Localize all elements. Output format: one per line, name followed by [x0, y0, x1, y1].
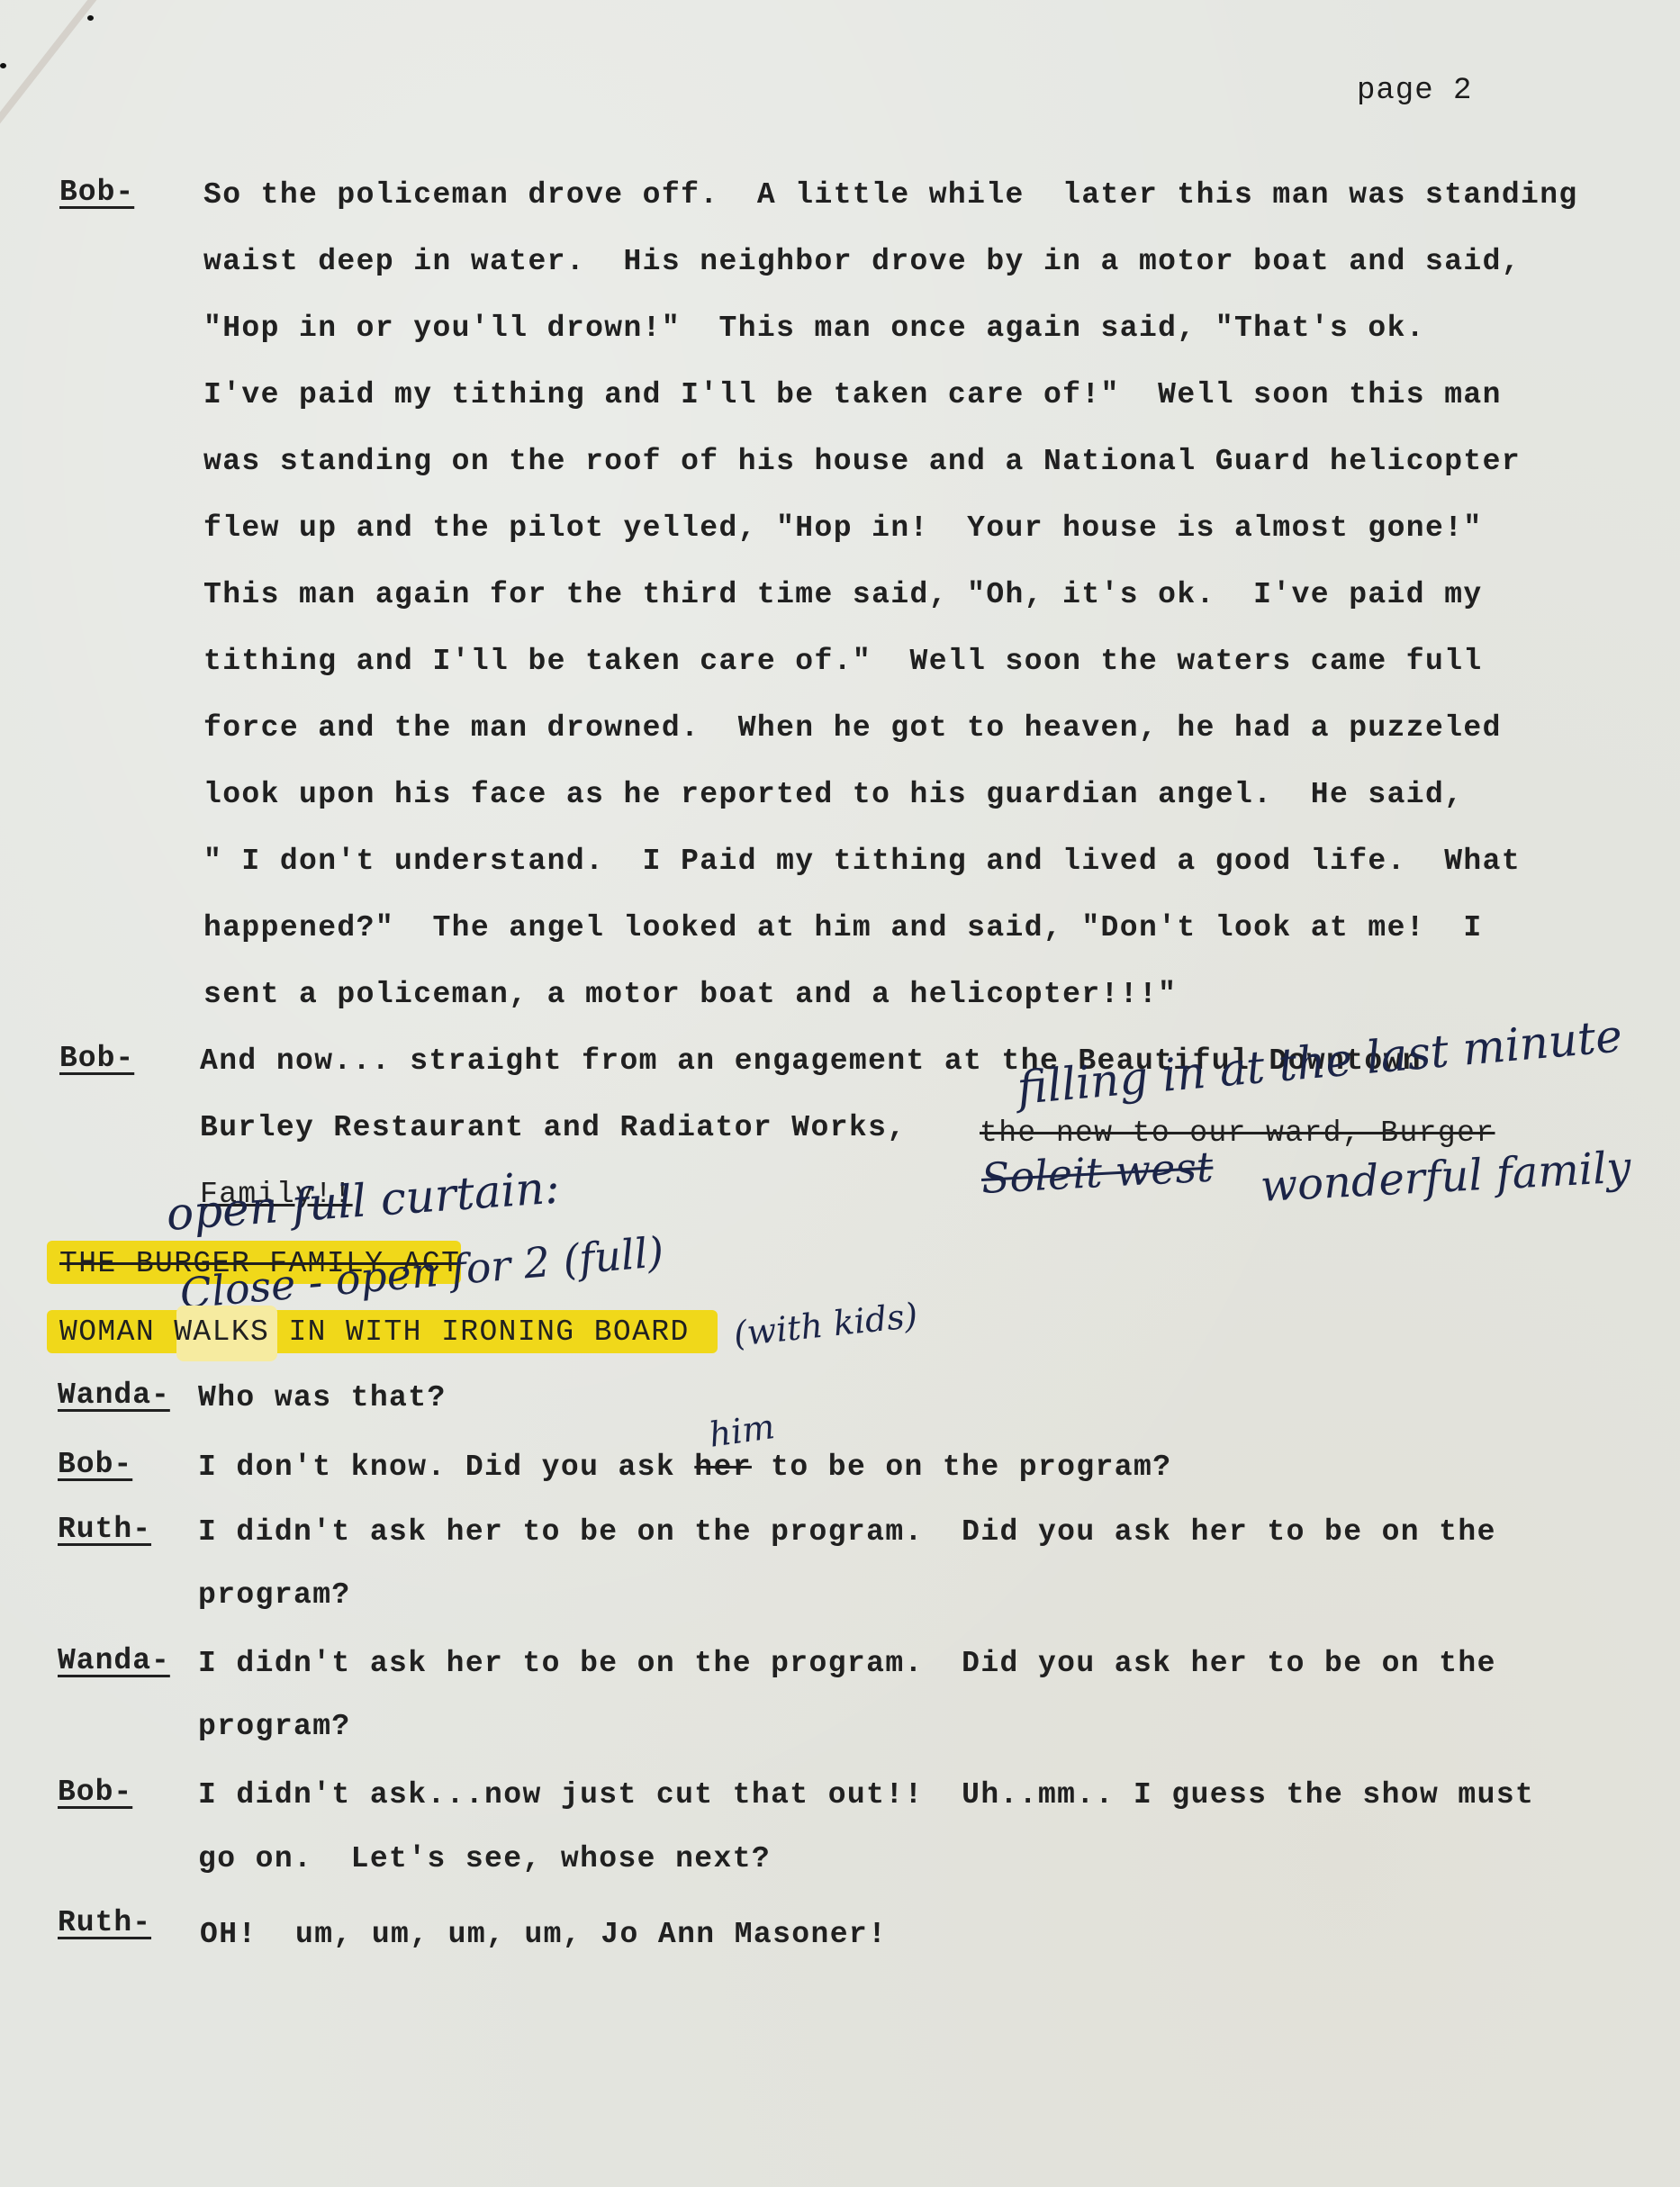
handwritten-insert: filling in at the last minute [1015, 1009, 1624, 1115]
paper-fold-mark [0, 0, 131, 140]
speaker-label: Bob- [58, 1448, 132, 1481]
speaker-label: Wanda- [58, 1644, 170, 1677]
dialogue-line: sent a policeman, a motor boat and a hel… [203, 978, 1177, 1011]
dialogue-line: " I don't understand. I Paid my tithing … [203, 845, 1521, 878]
dialogue-line: "Hop in or you'll drown!" This man once … [203, 312, 1425, 345]
dialogue-line: I didn't ask her to be on the program. D… [198, 1647, 1496, 1680]
speaker-label: Bob- [58, 1776, 132, 1809]
dialogue-line: tithing and I'll be taken care of." Well… [203, 645, 1483, 678]
speaker-label: Wanda- [58, 1378, 170, 1412]
struck-word: her [694, 1450, 752, 1484]
dialogue-line: program? [198, 1578, 351, 1612]
dialogue-part: to be on the program? [752, 1450, 1171, 1484]
speaker-label: Ruth- [58, 1906, 151, 1939]
dialogue-line: was standing on the roof of his house an… [203, 445, 1521, 478]
dialogue-line: Who was that? [198, 1381, 447, 1414]
handwritten-note: open full curtain: [165, 1161, 561, 1241]
dialogue-line: waist deep in water. His neighbor drove … [203, 245, 1521, 278]
struck-handwriting: Soleit west [980, 1143, 1215, 1203]
dialogue-line: So the policeman drove off. A little whi… [203, 178, 1578, 212]
dialogue-line: program? [198, 1710, 351, 1743]
handwritten-correction: him [707, 1406, 777, 1455]
dialogue-line: OH! um, um, um, um, Jo Ann Masoner! [200, 1918, 887, 1951]
dialogue-part: I don't know. Did you ask [198, 1450, 694, 1484]
struck-text: the new to our ward, Burger [980, 1116, 1495, 1150]
dialogue-line: force and the man drowned. When he got t… [203, 711, 1502, 745]
ink-speck [0, 63, 6, 68]
ink-speck [87, 15, 94, 21]
stage-direction: WOMAN WALKS IN WITH IRONING BOARD [59, 1315, 690, 1349]
dialogue-line: I didn't ask...now just cut that out!! U… [198, 1778, 1534, 1812]
dialogue-line: flew up and the pilot yelled, "Hop in! Y… [203, 511, 1483, 545]
dialogue-line: I don't know. Did you ask her to be on t… [198, 1450, 1171, 1484]
dialogue-line: Burley Restaurant and Radiator Works, [200, 1111, 907, 1144]
dialogue-line: This man again for the third time said, … [203, 578, 1483, 611]
dialogue-line: I didn't ask her to be on the program. D… [198, 1515, 1496, 1549]
speaker-label: Ruth- [58, 1513, 151, 1546]
dialogue-line: go on. Let's see, whose next? [198, 1842, 771, 1875]
dialogue-line: I've paid my tithing and I'll be taken c… [203, 378, 1502, 411]
handwritten-insert: wonderful family [1260, 1142, 1632, 1211]
handwritten-note: (with kids) [732, 1296, 920, 1354]
dialogue-line: look upon his face as he reported to his… [203, 778, 1463, 811]
page-number: page 2 [1357, 74, 1472, 108]
speaker-label: Bob- [59, 1042, 134, 1075]
dialogue-line: happened?" The angel looked at him and s… [203, 911, 1483, 944]
speaker-label: Bob- [59, 176, 134, 209]
